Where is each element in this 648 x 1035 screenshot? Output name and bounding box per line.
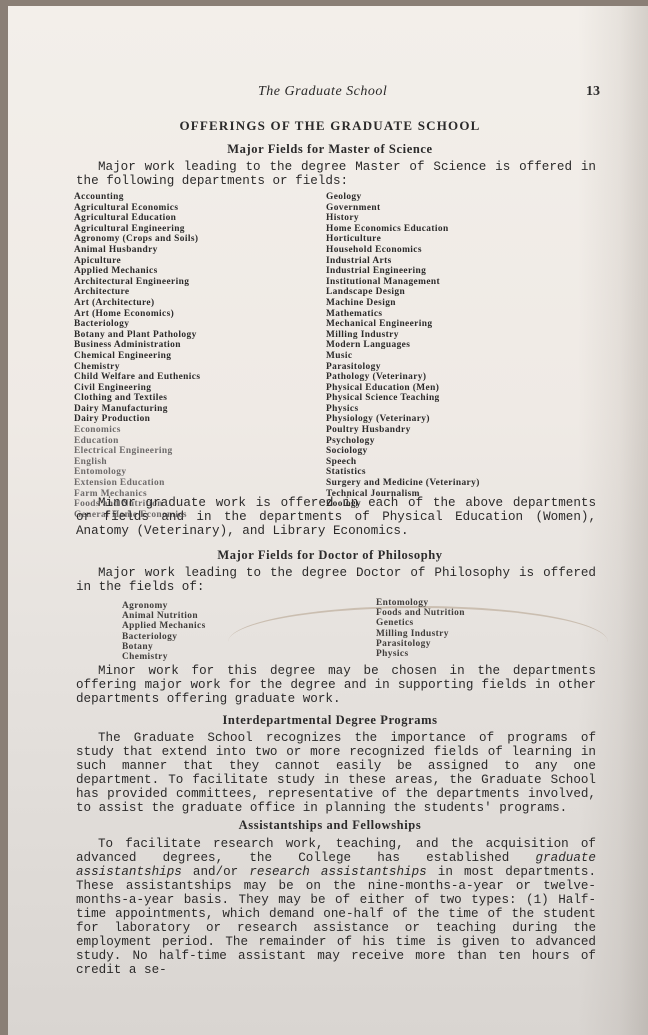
interdepartmental-body: The Graduate School recognizes the impor…	[76, 731, 596, 815]
field-item: Accounting	[74, 192, 200, 203]
field-item: Botany	[122, 642, 206, 652]
field-item: Agronomy	[122, 601, 206, 611]
field-item: Machine Design	[326, 298, 480, 309]
field-item: Chemical Engineering	[74, 351, 200, 362]
assistantships-heading: Assistantships and Fellowships	[70, 818, 590, 833]
field-item: Agricultural Education	[74, 213, 200, 224]
field-item: Speech	[326, 457, 480, 468]
field-item: Physical Education (Men)	[326, 383, 480, 394]
field-item: Pathology (Veterinary)	[326, 372, 480, 383]
field-item: Animal Husbandry	[74, 245, 200, 256]
field-item: Entomology	[376, 598, 465, 608]
doctorate-fields-left: AgronomyAnimal NutritionApplied Mechanic…	[122, 601, 206, 662]
field-item: Statistics	[326, 467, 480, 478]
doctorate-heading: Major Fields for Doctor of Philosophy	[70, 548, 590, 563]
doctorate-intro: Major work leading to the degree Doctor …	[76, 566, 596, 594]
field-item: Chemistry	[74, 362, 200, 373]
field-item: Milling Industry	[376, 629, 465, 639]
field-item: Surgery and Medicine (Veterinary)	[326, 478, 480, 489]
field-item: Horticulture	[326, 234, 480, 245]
field-item: Bacteriology	[122, 632, 206, 642]
field-item: Milling Industry	[326, 330, 480, 341]
field-item: Agricultural Engineering	[74, 224, 200, 235]
field-item: Bacteriology	[74, 319, 200, 330]
masters-intro: Major work leading to the degree Master …	[76, 160, 596, 188]
running-title: The Graduate School	[258, 84, 387, 100]
field-item: Agronomy (Crops and Soils)	[74, 234, 200, 245]
field-item: English	[74, 457, 200, 468]
field-item: Apiculture	[74, 256, 200, 267]
field-item: History	[326, 213, 480, 224]
field-item: Botany and Plant Pathology	[74, 330, 200, 341]
field-item: Electrical Engineering	[74, 446, 200, 457]
field-item: Parasitology	[326, 362, 480, 373]
field-item: Applied Mechanics	[74, 266, 200, 277]
main-title: OFFERINGS OF THE GRADUATE SCHOOL	[70, 118, 590, 134]
masters-fields-left: AccountingAgricultural EconomicsAgricult…	[74, 192, 200, 520]
field-item: Household Economics	[326, 245, 480, 256]
field-item: Modern Languages	[326, 340, 480, 351]
field-item: Physics	[376, 649, 465, 659]
field-item: Parasitology	[376, 639, 465, 649]
field-item: Agricultural Economics	[74, 203, 200, 214]
field-item: Mathematics	[326, 309, 480, 320]
field-item: Mechanical Engineering	[326, 319, 480, 330]
doctorate-minor-note: Minor work for this degree may be chosen…	[76, 664, 596, 706]
field-item: Industrial Arts	[326, 256, 480, 267]
field-item: Industrial Engineering	[326, 266, 480, 277]
field-item: Music	[326, 351, 480, 362]
field-item: Landscape Design	[326, 287, 480, 298]
field-item: Dairy Manufacturing	[74, 404, 200, 415]
field-item: Foods and Nutrition	[376, 608, 465, 618]
field-item: Business Administration	[74, 340, 200, 351]
field-item: Physics	[326, 404, 480, 415]
field-item: Poultry Husbandry	[326, 425, 480, 436]
field-item: Sociology	[326, 446, 480, 457]
field-item: Architectural Engineering	[74, 277, 200, 288]
field-item: Psychology	[326, 436, 480, 447]
field-item: Genetics	[376, 618, 465, 628]
field-item: Civil Engineering	[74, 383, 200, 394]
field-item: Clothing and Textiles	[74, 393, 200, 404]
field-item: Entomology	[74, 467, 200, 478]
field-item: Dairy Production	[74, 414, 200, 425]
field-item: Government	[326, 203, 480, 214]
field-item: Animal Nutrition	[122, 611, 206, 621]
doctorate-fields-right: EntomologyFoods and NutritionGeneticsMil…	[376, 598, 465, 659]
masters-heading: Major Fields for Master of Science	[70, 142, 590, 157]
masters-minor-note: Minor graduate work is offered in each o…	[76, 496, 596, 538]
field-item: Art (Home Economics)	[74, 309, 200, 320]
field-item: Geology	[326, 192, 480, 203]
field-item: Physical Science Teaching	[326, 393, 480, 404]
field-item: Extension Education	[74, 478, 200, 489]
field-item: Physiology (Veterinary)	[326, 414, 480, 425]
field-item: Art (Architecture)	[74, 298, 200, 309]
field-item: Home Economics Education	[326, 224, 480, 235]
field-item: Economics	[74, 425, 200, 436]
field-item: Child Welfare and Euthenics	[74, 372, 200, 383]
assistantships-body: To facilitate research work, teaching, a…	[76, 837, 596, 977]
masters-fields-right: GeologyGovernmentHistoryHome Economics E…	[326, 192, 480, 510]
field-item: Chemistry	[122, 652, 206, 662]
field-item: Architecture	[74, 287, 200, 298]
field-item: Education	[74, 436, 200, 447]
field-item: Applied Mechanics	[122, 621, 206, 631]
field-item: Institutional Management	[326, 277, 480, 288]
page-number: 13	[586, 84, 600, 100]
research-assistantships-term: research assistantships	[249, 865, 426, 879]
catalog-page: The Graduate School 13 OFFERINGS OF THE …	[8, 6, 648, 1035]
interdepartmental-heading: Interdepartmental Degree Programs	[70, 713, 590, 728]
